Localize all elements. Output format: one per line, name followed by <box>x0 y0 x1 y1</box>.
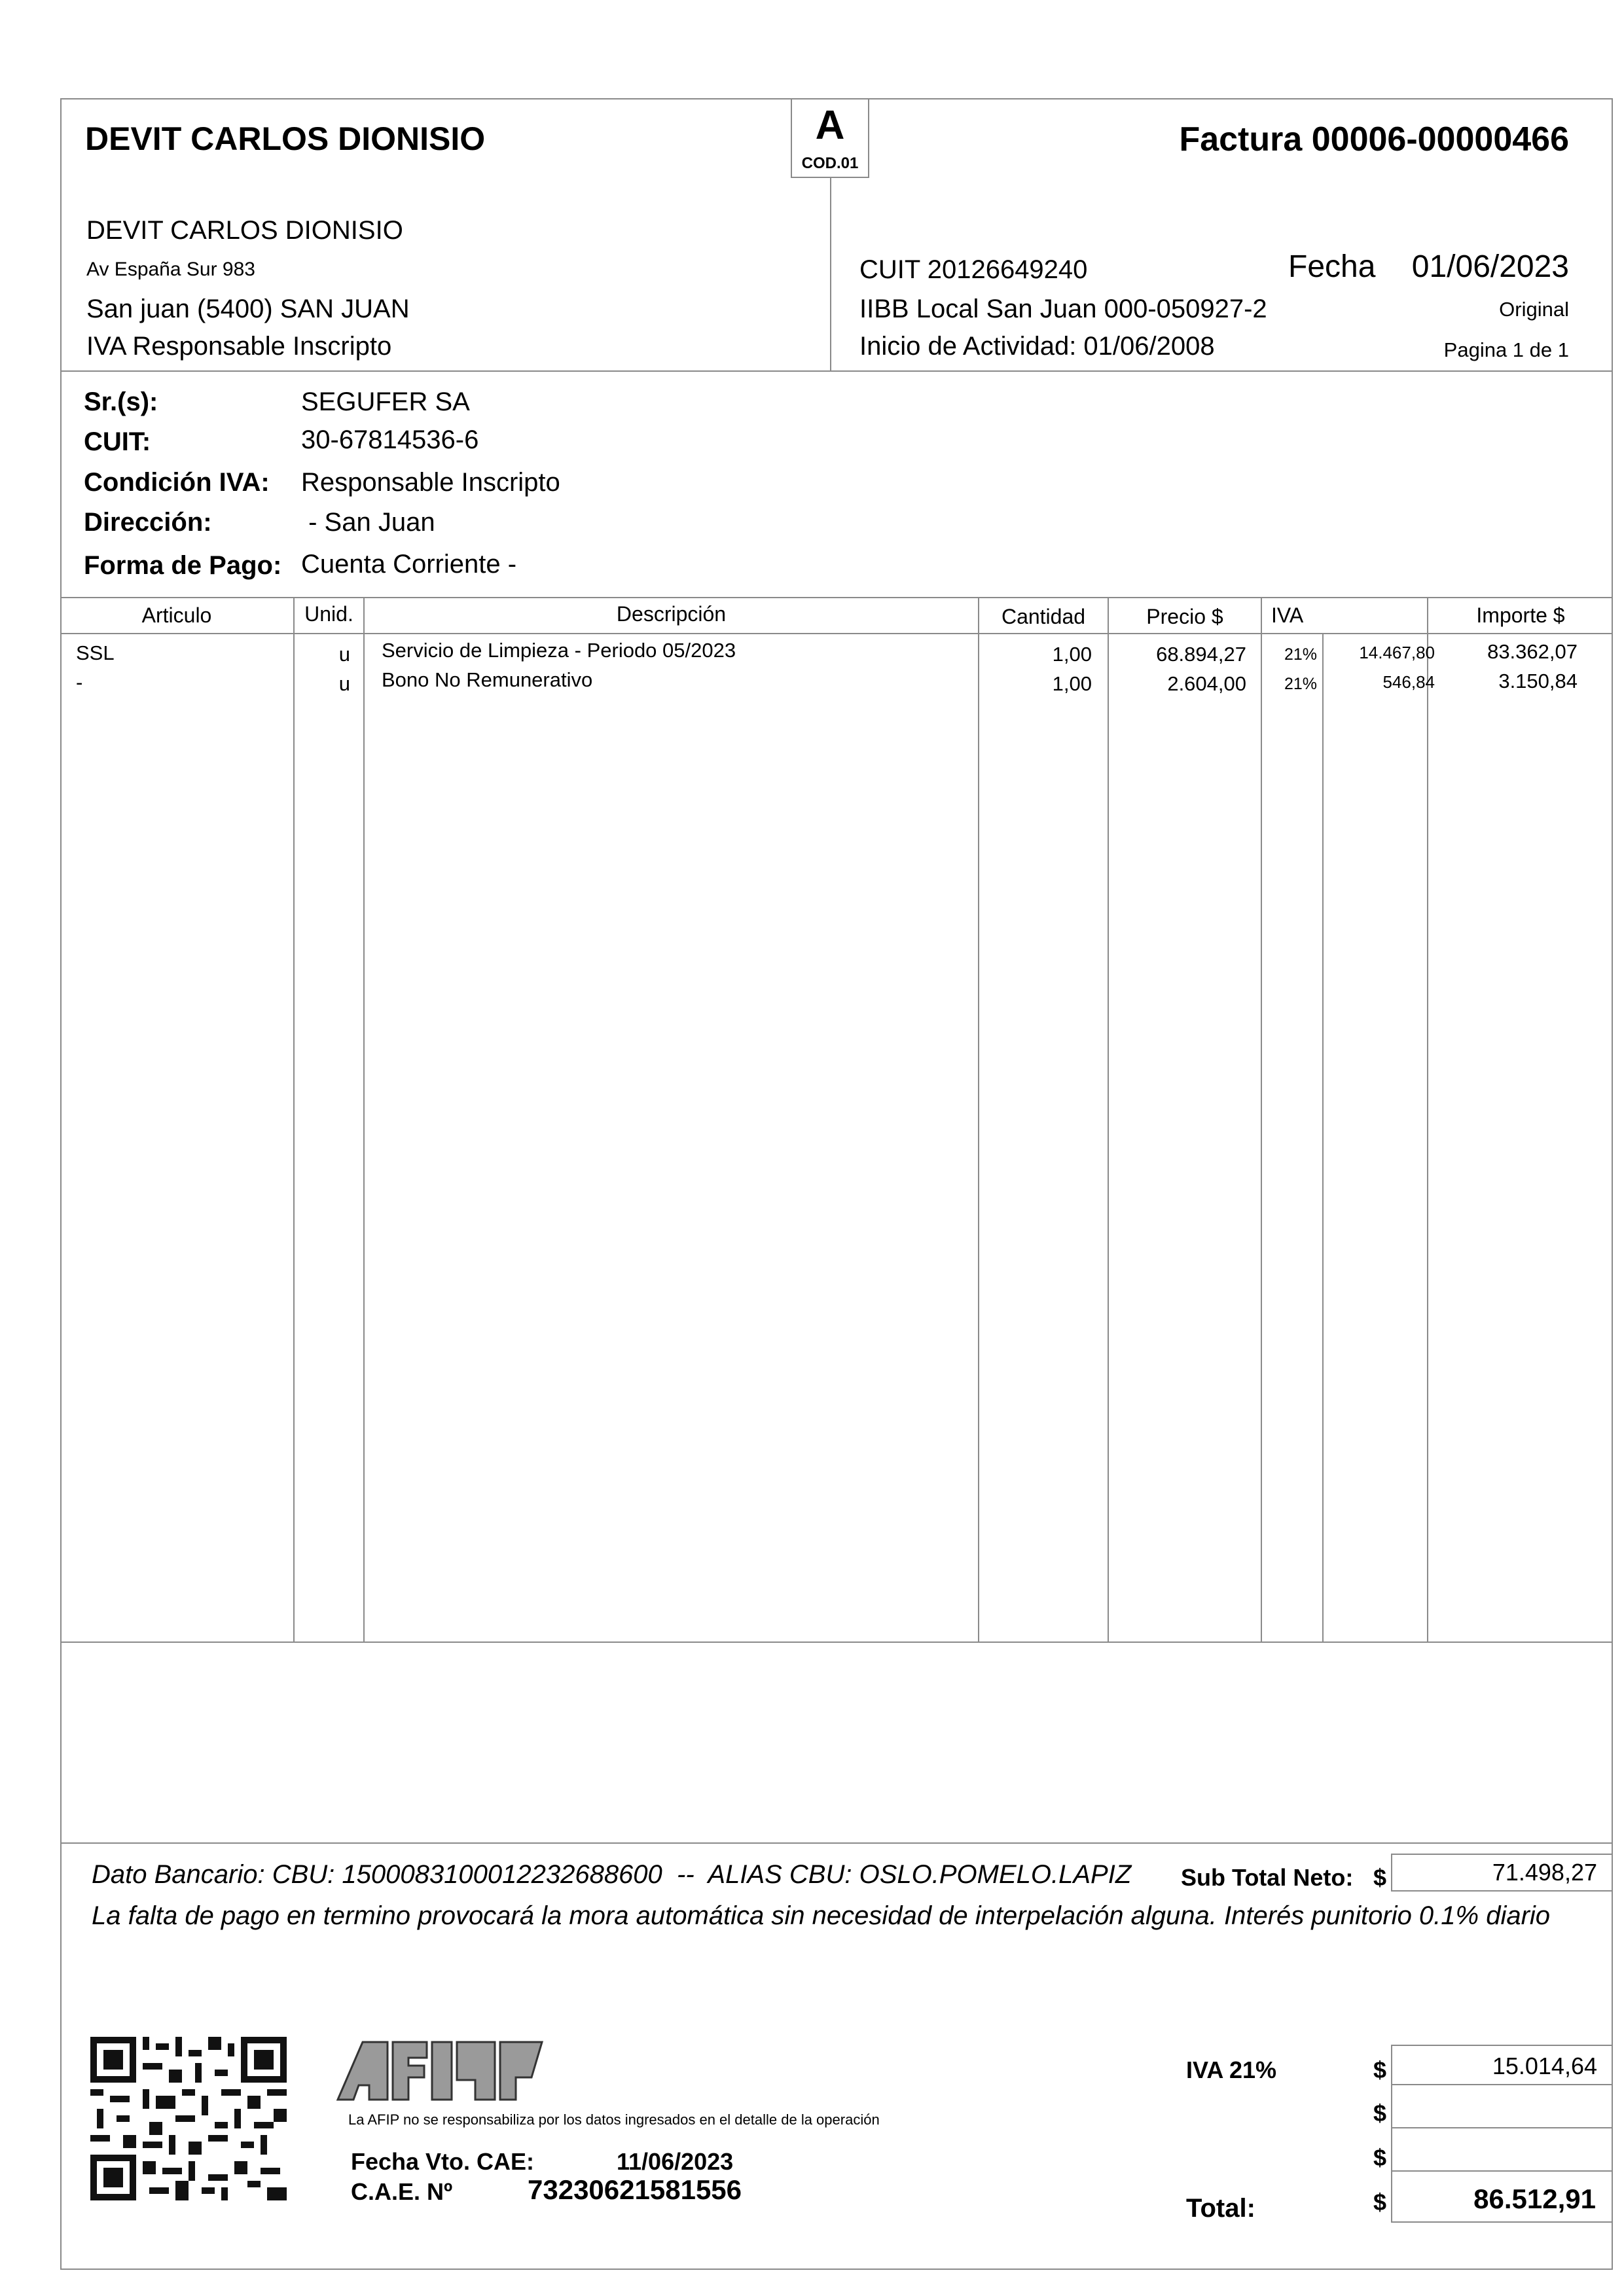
col-divider-precio <box>1108 597 1109 1642</box>
row-articulo: - <box>76 671 82 694</box>
row-iva-rate: 21% <box>1262 645 1317 664</box>
header-importe: Importe $ <box>1428 603 1613 628</box>
row-descripcion: Servicio de Limpieza - Periodo 05/2023 <box>382 639 736 662</box>
subtotal-label: Sub Total Neto: <box>1181 1864 1353 1892</box>
total-value: 86.512,91 <box>1473 2183 1596 2215</box>
header-iva: IVA <box>1271 603 1303 628</box>
row-cantidad: 1,00 <box>979 672 1092 696</box>
iva-currency: $ <box>1373 2056 1386 2084</box>
col-divider-importe <box>1427 597 1428 1642</box>
iva-total-label: IVA 21% <box>1186 2056 1276 2084</box>
afip-logo-icon <box>335 2039 545 2102</box>
iva-total-box: 15.014,64 <box>1391 2045 1613 2085</box>
invoice-title: Factura 00006-00000466 <box>1179 120 1569 159</box>
row-articulo: SSL <box>76 641 115 665</box>
col-divider-iva-amount <box>1322 633 1324 1642</box>
extra2-currency: $ <box>1373 2144 1386 2172</box>
row-importe: 3.150,84 <box>1428 670 1578 693</box>
header-bottom-rule <box>60 370 1613 372</box>
customer-cuit-label: CUIT: <box>84 427 151 457</box>
issuer-city: San juan (5400) SAN JUAN <box>86 295 410 324</box>
late-payment-notice: La falta de pago en termino provocará la… <box>92 1901 1550 1931</box>
issuer-name-title: DEVIT CARLOS DIONISIO <box>85 120 485 158</box>
subtotal-value: 71.498,27 <box>1492 1859 1597 1886</box>
col-divider-unid <box>293 597 295 1642</box>
footer-top-rule <box>60 1842 1613 1844</box>
invoice-type-box: A COD.01 <box>791 98 869 178</box>
subtotal-currency: $ <box>1373 1864 1386 1892</box>
issuer-address: Av España Sur 983 <box>86 259 255 281</box>
row-unid: u <box>295 672 350 696</box>
row-unid: u <box>295 643 350 666</box>
customer-name: SEGUFER SA <box>301 387 470 417</box>
col-divider-cantidad <box>978 597 979 1642</box>
row-iva-amount: 14.467,80 <box>1324 643 1435 663</box>
row-cantidad: 1,00 <box>979 643 1092 666</box>
subtotal-box: 71.498,27 <box>1391 1854 1613 1892</box>
customer-name-label: Sr.(s): <box>84 387 158 417</box>
header-cantidad: Cantidad <box>979 605 1108 629</box>
afip-disclaimer: La AFIP no se responsabiliza por los dat… <box>348 2111 880 2128</box>
payment-method: Cuenta Corriente - <box>301 550 516 579</box>
extra1-currency: $ <box>1373 2100 1386 2127</box>
col-divider-desc <box>363 597 365 1642</box>
issuer-cuit: CUIT 20126649240 <box>859 255 1087 285</box>
header-divider <box>830 178 831 371</box>
invoice-code: COD.01 <box>792 154 868 173</box>
row-importe: 83.362,07 <box>1428 640 1578 664</box>
header-articulo: Articulo <box>60 603 293 628</box>
extra1-box <box>1391 2084 1613 2128</box>
issuer-name: DEVIT CARLOS DIONISIO <box>86 216 403 245</box>
row-iva-rate: 21% <box>1262 675 1317 694</box>
copy-type: Original <box>1499 298 1569 321</box>
cae-due-label: Fecha Vto. CAE: <box>351 2148 534 2176</box>
header-descripcion: Descripción <box>365 602 978 626</box>
row-descripcion: Bono No Remunerativo <box>382 668 592 692</box>
issuer-iva-condition: IVA Responsable Inscripto <box>86 332 391 361</box>
invoice-letter: A <box>792 102 868 149</box>
customer-address: - San Juan <box>301 508 435 537</box>
bank-info: Dato Bancario: CBU: 15000831000122326886… <box>92 1860 1131 1890</box>
row-iva-amount: 546,84 <box>1324 672 1435 692</box>
total-label: Total: <box>1186 2194 1255 2223</box>
issuer-iibb: IIBB Local San Juan 000-050927-2 <box>859 295 1267 324</box>
customer-address-label: Dirección: <box>84 508 212 537</box>
cae-number: 73230621581556 <box>528 2174 742 2206</box>
extra2-box <box>1391 2127 1613 2172</box>
row-precio: 2.604,00 <box>1109 672 1246 696</box>
row-precio: 68.894,27 <box>1109 643 1246 666</box>
iva-total-value: 15.014,64 <box>1492 2053 1597 2080</box>
issuer-activity-start: Inicio de Actividad: 01/06/2008 <box>859 332 1215 361</box>
date-label: Fecha <box>1288 249 1375 285</box>
customer-cuit: 30-67814536-6 <box>301 425 478 455</box>
header-precio: Precio $ <box>1109 605 1261 629</box>
qr-code-icon <box>90 2037 287 2200</box>
header-unid: Unid. <box>295 602 363 626</box>
customer-iva-label: Condición IVA: <box>84 468 270 497</box>
payment-method-label: Forma de Pago: <box>84 551 281 581</box>
total-box: 86.512,91 <box>1391 2170 1613 2223</box>
cae-due-date: 11/06/2023 <box>617 2148 733 2176</box>
page-number: Pagina 1 de 1 <box>1444 338 1569 362</box>
total-currency: $ <box>1373 2189 1386 2216</box>
cae-label: C.A.E. Nº <box>351 2178 452 2206</box>
customer-iva-condition: Responsable Inscripto <box>301 468 560 497</box>
col-divider-iva <box>1261 597 1262 1642</box>
invoice-date: 01/06/2023 <box>1412 249 1569 285</box>
